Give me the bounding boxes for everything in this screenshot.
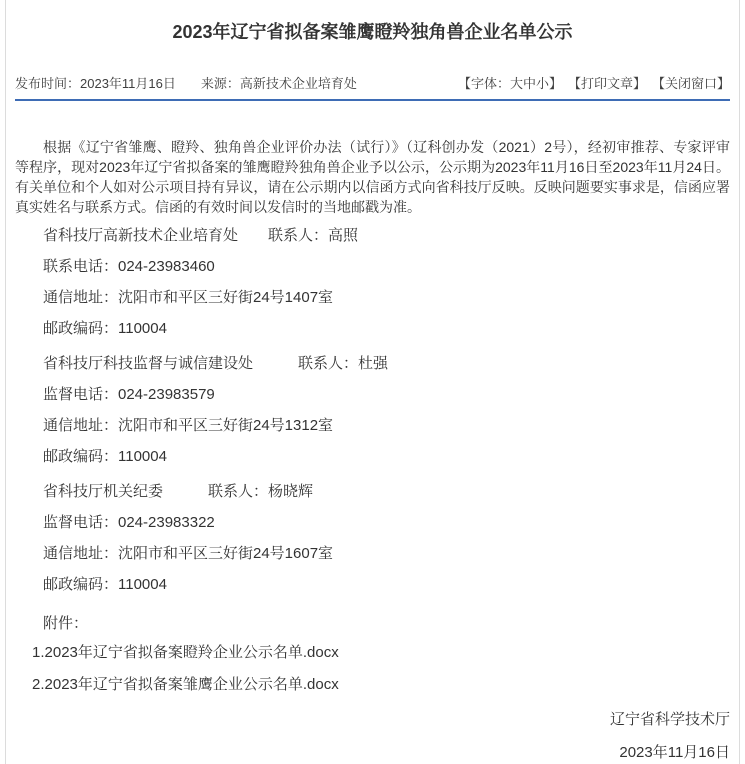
meta-info: 发布时间：2023年11月16日 来源：高新技术企业培育处 [15, 75, 357, 93]
font-size-control[interactable]: 【字体：大中小】 [458, 75, 562, 93]
attachments-section: 附件： 1.2023年辽宁省拟备案瞪羚企业公示名单.docx 2.2023年辽宁… [15, 616, 730, 692]
contact-block: 省科技厅机关纪委 联系人：杨晓辉 监督电话：024-23983322 通信地址：… [15, 484, 730, 592]
dept-contact-line: 省科技厅科技监督与诚信建设处 联系人：杜强 [43, 356, 730, 371]
address-line: 通信地址：沈阳市和平区三好街24号1607室 [43, 546, 730, 561]
attachment-link-2[interactable]: 2.2023年辽宁省拟备案雏鹰企业公示名单.docx [32, 677, 730, 692]
close-button[interactable]: 【关闭窗口】 [652, 75, 730, 93]
signature-date: 2023年11月16日 [15, 745, 730, 760]
article-title: 2023年辽宁省拟备案雏鹰瞪羚独角兽企业名单公示 [15, 0, 730, 45]
attachment-link-1[interactable]: 1.2023年辽宁省拟备案瞪羚企业公示名单.docx [32, 645, 730, 660]
signature-department: 辽宁省科学技术厅 [15, 712, 730, 727]
intro-paragraph: 根据《辽宁省雏鹰、瞪羚、独角兽企业评价办法（试行）》（辽科创办发（2021）2号… [15, 137, 730, 217]
phone-line: 联系电话：024-23983460 [43, 259, 730, 274]
postcode-line: 邮政编码：110004 [43, 577, 730, 592]
phone-line: 监督电话：024-23983322 [43, 515, 730, 530]
contact-block: 省科技厅科技监督与诚信建设处 联系人：杜强 监督电话：024-23983579 … [15, 356, 730, 464]
publish-date-label: 发布时间：2023年11月16日 [15, 75, 176, 93]
postcode-line: 邮政编码：110004 [43, 449, 730, 464]
source-label: 来源：高新技术企业培育处 [201, 75, 357, 93]
meta-actions: 【字体：大中小】 【打印文章】 【关闭窗口】 [458, 75, 730, 93]
dept-contact-line: 省科技厅机关纪委 联系人：杨晓辉 [43, 484, 730, 499]
attachments-label: 附件： [43, 616, 730, 631]
page-container: 2023年辽宁省拟备案雏鹰瞪羚独角兽企业名单公示 发布时间：2023年11月16… [5, 0, 740, 764]
meta-bar: 发布时间：2023年11月16日 来源：高新技术企业培育处 【字体：大中小】 【… [15, 75, 730, 93]
address-line: 通信地址：沈阳市和平区三好街24号1407室 [43, 290, 730, 305]
phone-line: 监督电话：024-23983579 [43, 387, 730, 402]
contact-block: 省科技厅高新技术企业培育处 联系人：高照 联系电话：024-23983460 通… [15, 228, 730, 336]
divider-line [15, 99, 730, 101]
print-button[interactable]: 【打印文章】 [568, 75, 646, 93]
postcode-line: 邮政编码：110004 [43, 321, 730, 336]
address-line: 通信地址：沈阳市和平区三好街24号1312室 [43, 418, 730, 433]
dept-contact-line: 省科技厅高新技术企业培育处 联系人：高照 [43, 228, 730, 243]
